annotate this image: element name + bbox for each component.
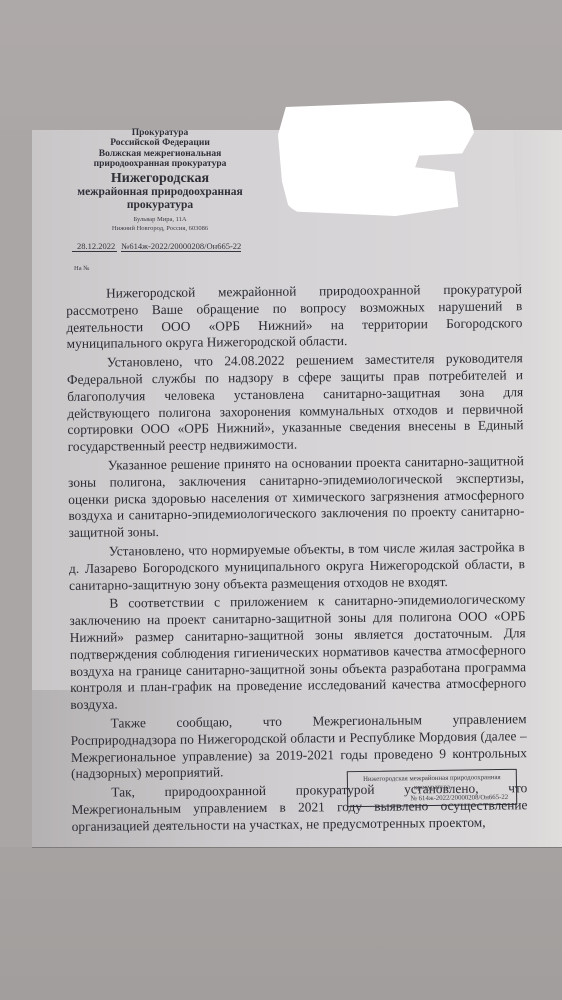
paragraph: В соответствии с приложением к санитарно… xyxy=(69,592,526,714)
letter-body: Нижегородской межрайонной природоохранно… xyxy=(66,281,528,835)
paragraph: Нижегородской межрайонной природоохранно… xyxy=(66,281,523,353)
paragraph: Установлено, что нормируемые объекты, в … xyxy=(69,539,526,594)
letterhead-subtitle-2: прокуратура xyxy=(60,199,260,212)
paragraph: Установлено, что 24.08.2022 решением зам… xyxy=(67,350,524,456)
letterhead-line-3: Волжская межрегиональная xyxy=(60,149,260,159)
sender-address: Бульвар Мира, 11А Нижний Новгород, Росси… xyxy=(80,215,240,233)
letterhead-line-4: природоохранная прокуратура xyxy=(60,159,260,169)
stamp-number: № 614ж-2022/20000208/Он665-22 xyxy=(348,793,516,805)
registration-stamp: Нижегородская межрайонная природоохранна… xyxy=(347,769,517,807)
letterhead-line-1: Прокуратура xyxy=(60,128,260,138)
registration-number: №614ж-2022/20000208/Он665-22 xyxy=(121,241,241,252)
letterhead-line-2: Российской Федерации xyxy=(60,138,260,148)
registration-date: 28.12.2022 xyxy=(72,241,117,252)
paragraph: Указанное решение принято на основании п… xyxy=(68,453,525,542)
letterhead: Прокуратура Российской Федерации Волжска… xyxy=(60,128,260,211)
stamp-org-line-2: прокуратура xyxy=(414,784,450,792)
photo-background-bottom xyxy=(0,847,562,1000)
address-street: Бульвар Мира, 11А xyxy=(80,215,240,224)
letterhead-subtitle-1: межрайонная природоохранная xyxy=(60,186,260,199)
photo-background-top xyxy=(0,0,562,140)
stamp-org-line-1: Нижегородская межрайонная природоохранна… xyxy=(363,774,501,783)
reference-label: На № xyxy=(74,265,89,272)
address-city: Нижний Новгород, Россия, 603086 xyxy=(80,224,240,233)
photo-background-left xyxy=(0,130,32,847)
registration-line: 28.12.2022№614ж-2022/20000208/Он665-22 xyxy=(72,241,241,252)
letterhead-title: Нижегородская xyxy=(60,171,260,186)
